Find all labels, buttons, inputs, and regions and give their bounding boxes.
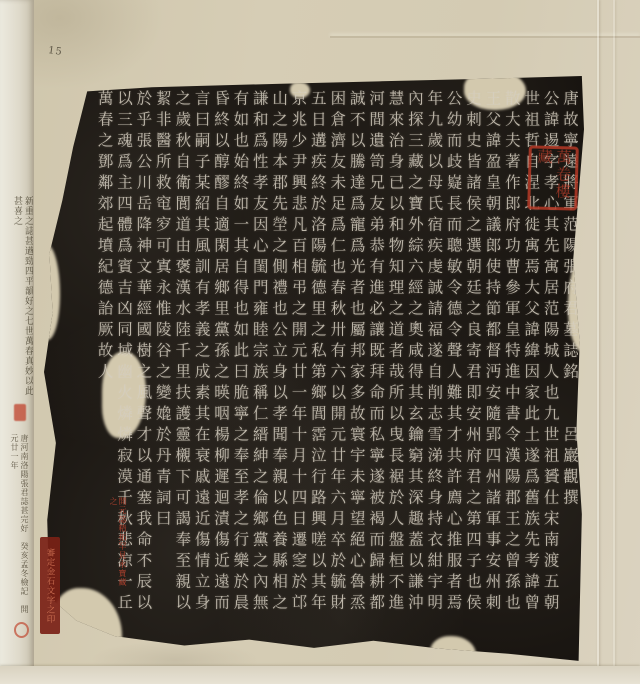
collector-margin-note-2: 唐河南洛陽張君誌甚完好 癸亥孟冬檢記 開元廿一年 <box>9 434 29 618</box>
rubbing-scan: 15 新重之誌甚遒勁四平韻好之七世萬春真妙以此甚喜之 唐河南洛陽張君誌甚完好 癸… <box>0 0 640 684</box>
small-red-seal <box>14 404 26 421</box>
paper-crease <box>613 0 615 684</box>
epitaph-column: 五日遘疾終於洛陽毓德里之私第鄉閭霑泣行路興嗟以其年 <box>309 90 326 654</box>
epitaph-column: 年九歲以母氏宿疾虔誠請福遂自削志雪涕終身持衣紺宇明 <box>425 90 442 654</box>
epitaph-column: 史刺史皆諸侯之選朝廷之良寄君即安州府君之第四子也侯 <box>464 90 481 654</box>
paper-tear <box>34 244 60 340</box>
epitaph-column: 言曰嗣子某紹其風訓有孝義之成素其在衰戚遠近傷情立身 <box>193 90 210 654</box>
epitaph-column: 河間遺笥兄友弟恭有進必讓既拜命而私寧遂被褐而歸耕都 <box>367 90 384 654</box>
paper-bottom-band <box>0 666 640 684</box>
seal-text: 萬卷樓藏 <box>533 149 573 208</box>
collector-seal-bottom-left: 審定金石文字之印 <box>40 537 60 634</box>
collector-seal-top-right: 萬卷樓藏 <box>527 145 579 210</box>
epitaph-column: 困倉濟友未足爲仁也春秋卅有六以開元廿年六月卒於毓財 <box>328 90 345 654</box>
page-number: 15 <box>47 45 63 58</box>
epitaph-column: 散大夫著作郎府功曹參軍皇特進中書令漢陽郡王之曾孫也 <box>503 90 520 654</box>
epitaph-column: 王父諱盈皇朝議郎使持節都督沔安隨郢四州諸軍事安州刺 <box>483 90 500 654</box>
red-ink-note: 開元誌精拓罕見永寶藏之 <box>110 497 127 591</box>
collector-margin-note-1: 新重之誌甚遒勁四平韻好之七世萬春真妙以此甚喜之 <box>11 196 33 402</box>
epitaph-column: 絜非醫所救窀穸可寘永惟陵谷之變嫓於丹青詞曰 <box>154 90 171 654</box>
epitaph-column: 有如也始終如一其自得也如此曰脆寧之奉至孝之行樂於晨 <box>231 90 248 654</box>
epitaph-text-columns: 唐故寧遠將軍范陽張府君墓誌銘 呂巖觀撰公諱逷字孝心其先寓居范陽城人也九世祖贇仕宋… <box>90 90 578 654</box>
epitaph-column: 之歲秋自衛閬道由褒漢水陸千里扶護靈櫬下可謁奉至親以 <box>173 90 190 654</box>
paper-fold-line <box>330 36 640 38</box>
epitaph-column: 誠不以騰達爲寵爲光者也屬邦家多故寰宇未寧望絕心魯烝 <box>348 90 365 654</box>
paper-tear <box>36 136 56 206</box>
seal-text: 審定金石文字之印 <box>45 548 55 624</box>
epitaph-column: 謙和爲性孝友因心閨門雍睦宗族稱仁縉紳之倫鄉黨之內無 <box>251 90 268 654</box>
epitaph-column: 山之陽本郡先塋之側禮也公立身以孝聞奉親以色養縣相之 <box>270 90 287 654</box>
epitaph-column: 內探三藏之寶外綜六經之奧咸得其玄鑰窮其深趣蓋以謙沖 <box>406 90 423 654</box>
epitaph-column: 昏終以醇醪自適閑居鄉里黨孫之暎咽楊柳遲迴漬傷近遠而 <box>212 90 229 654</box>
epitaph-column: 於乎張公川岳降神文華經國樹之風聲才以通塞我命不辰以 <box>134 90 151 654</box>
epitaph-column: 京兆少尹興悲凡百相弔之開元廿一年十月十四日遷窆於邙 <box>290 90 307 654</box>
paper-crease <box>597 0 599 684</box>
small-round-seal <box>14 622 29 638</box>
epitaph-column: 公幼而歧嶷長而聰敏令德令聲人難其才共許廌心推服者焉 <box>445 90 462 654</box>
epitaph-column: 慧來治身已以和物知理之道者哉所以曳長裾於人盤桓不進 <box>386 90 403 654</box>
